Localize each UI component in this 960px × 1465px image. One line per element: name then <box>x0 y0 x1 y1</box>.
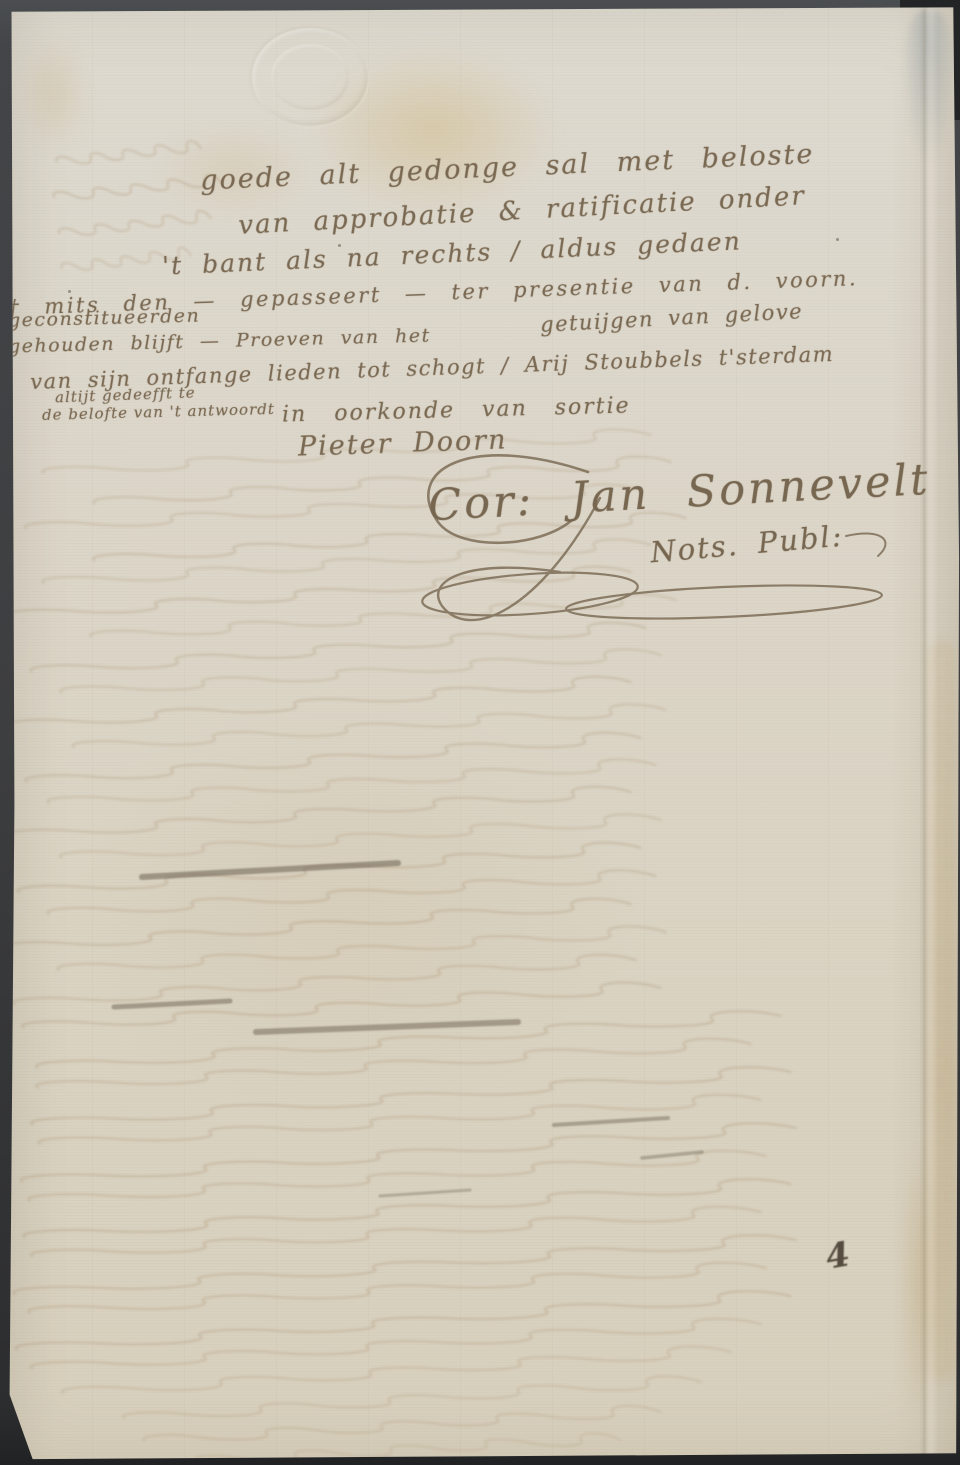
ink-speck <box>338 244 341 247</box>
manuscript-line: getuijgen van gelove <box>540 299 804 337</box>
notary-title: Nots. Publ: <box>649 519 845 570</box>
manuscript-text-block: goede alt gedonge sal met beloste van ap… <box>0 0 960 1465</box>
manuscript-line: geconstitueerden <box>8 304 201 331</box>
manuscript-line: in oorkonde van sortie <box>282 393 631 427</box>
margin-ink-mark: 4 <box>823 1234 853 1278</box>
ink-speck <box>836 238 839 241</box>
scanned-manuscript-page: { "page": { "description": "Scan of a 17… <box>0 0 960 1465</box>
notary-signature: Cor: Jan Sonnevelt <box>427 455 932 531</box>
witness-signature: Pieter Doorn <box>298 424 509 462</box>
ink-speck <box>68 290 71 293</box>
paper-sheet: goede alt gedonge sal met beloste van ap… <box>0 0 960 1465</box>
